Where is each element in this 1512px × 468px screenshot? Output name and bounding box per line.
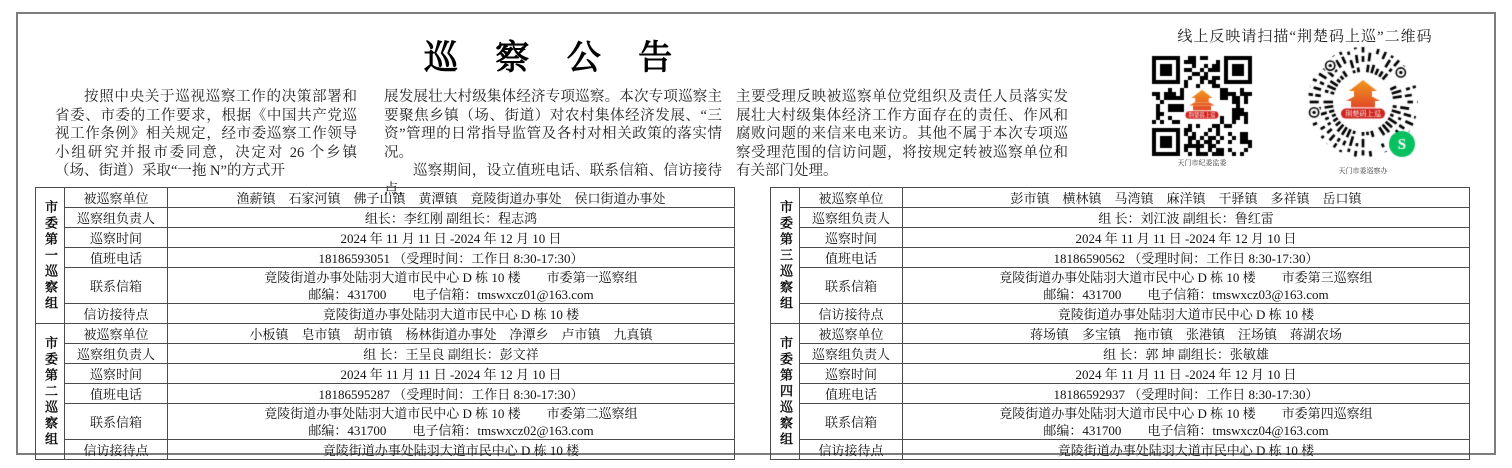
row-label: 巡察时间 bbox=[65, 364, 168, 384]
table-row: 值班电话 18186595287 （受理时间：工作日 8:30-17:30） bbox=[36, 384, 735, 404]
qr-block-miniprogram: 天门市委巡察办 bbox=[1300, 44, 1426, 175]
row-label: 被巡察单位 bbox=[800, 188, 903, 208]
table-row: 信访接待点 竟陵街道办事处陆羽大道市民中心 D 栋 10 楼 bbox=[36, 440, 735, 460]
qr-left-caption: 天门市纪委监委 bbox=[1148, 159, 1256, 167]
group-org-label: 市委第四巡察组 bbox=[775, 336, 795, 448]
mailbox-value: 竟陵街道办事处陆羽大道市民中心 D 栋 10 楼 市委第一巡察组 邮编：4317… bbox=[168, 268, 735, 304]
miniprogram-code-image bbox=[1302, 44, 1424, 166]
group-org-label: 市委第一巡察组 bbox=[40, 200, 60, 312]
leaders-value: 组 长：刘江波 副组长：鲁红雷 bbox=[903, 208, 1470, 228]
table-row: 联系信箱 竟陵街道办事处陆羽大道市民中心 D 栋 10 楼 市委第一巡察组 邮编… bbox=[36, 268, 735, 304]
intro-paragraph: 按照中央关于巡视巡察工作的决策部署和省委、市委的工作要求，根据《中国共产党巡视工… bbox=[55, 88, 357, 181]
group-org-cell: 市委第二巡察组 bbox=[36, 324, 65, 460]
phone-value: 18186595287 （受理时间：工作日 8:30-17:30） bbox=[168, 384, 735, 404]
mailbox-line-1: 竟陵街道办事处陆羽大道市民中心 D 栋 10 楼 市委第四巡察组 bbox=[906, 405, 1466, 422]
table-row: 巡察组负责人 组 长：郭 坤 副组长：张敏雄 bbox=[771, 344, 1470, 364]
visit-value: 竟陵街道办事处陆羽大道市民中心 D 栋 10 楼 bbox=[168, 440, 735, 460]
table-row: 巡察组负责人 组 长：王呈良 副组长：彭文祥 bbox=[36, 344, 735, 364]
mailbox-value: 竟陵街道办事处陆羽大道市民中心 D 栋 10 楼 市委第四巡察组 邮编：4317… bbox=[903, 404, 1470, 440]
table-row: 联系信箱 竟陵街道办事处陆羽大道市民中心 D 栋 10 楼 市委第二巡察组 邮编… bbox=[36, 404, 735, 440]
qr-scan-heading: 线上反映请扫描“荆楚码上巡”二维码 bbox=[1130, 25, 1480, 46]
time-value: 2024 年 11 月 11 日 -2024 年 12 月 10 日 bbox=[903, 364, 1470, 384]
row-label: 信访接待点 bbox=[65, 440, 168, 460]
row-label: 被巡察单位 bbox=[65, 188, 168, 208]
table-row: 巡察时间 2024 年 11 月 11 日 -2024 年 12 月 10 日 bbox=[771, 364, 1470, 384]
table-row: 值班电话 18186593051 （受理时间：工作日 8:30-17:30） bbox=[36, 248, 735, 268]
row-label: 巡察组负责人 bbox=[65, 208, 168, 228]
time-value: 2024 年 11 月 11 日 -2024 年 12 月 10 日 bbox=[903, 228, 1470, 248]
intro-paragraph: 主要受理反映被巡察单位党组织及责任人员落实发展壮大村级集体经济工作方面存在的责任… bbox=[736, 88, 1068, 181]
mailbox-line-1: 竟陵街道办事处陆羽大道市民中心 D 栋 10 楼 市委第二巡察组 bbox=[171, 405, 731, 422]
row-label: 巡察时间 bbox=[65, 228, 168, 248]
table-row: 信访接待点 竟陵街道办事处陆羽大道市民中心 D 栋 10 楼 bbox=[771, 440, 1470, 460]
mailbox-line-2: 邮编：431700 电子信箱：tmswxcz01@163.com bbox=[171, 286, 731, 303]
row-label: 值班电话 bbox=[800, 248, 903, 268]
units-value: 渔薪镇 石家河镇 佛子山镇 黄潭镇 竟陵街道办事处 侯口街道办事处 bbox=[168, 188, 735, 208]
table-row: 巡察组负责人 组长：李红刚 副组长：程志鸿 bbox=[36, 208, 735, 228]
mailbox-line-1: 竟陵街道办事处陆羽大道市民中心 D 栋 10 楼 市委第三巡察组 bbox=[906, 269, 1466, 286]
visit-value: 竟陵街道办事处陆羽大道市民中心 D 栋 10 楼 bbox=[903, 304, 1470, 324]
row-label: 值班电话 bbox=[800, 384, 903, 404]
intro-paragraph: 展发展壮大村级集体经济专项巡察。本次专项巡察主要聚焦乡镇（场、街道）对农村集体经… bbox=[384, 88, 722, 162]
time-value: 2024 年 11 月 11 日 -2024 年 12 月 10 日 bbox=[168, 364, 735, 384]
visit-value: 竟陵街道办事处陆羽大道市民中心 D 栋 10 楼 bbox=[903, 440, 1470, 460]
time-value: 2024 年 11 月 11 日 -2024 年 12 月 10 日 bbox=[168, 228, 735, 248]
group-org-cell: 市委第四巡察组 bbox=[771, 324, 800, 460]
row-label: 信访接待点 bbox=[800, 304, 903, 324]
row-label: 信访接待点 bbox=[65, 304, 168, 324]
table-row: 巡察组负责人 组 长：刘江波 副组长：鲁红雷 bbox=[771, 208, 1470, 228]
intro-column-1: 按照中央关于巡视巡察工作的决策部署和省委、市委的工作要求，根据《中国共产党巡视工… bbox=[55, 88, 357, 181]
row-label: 联系信箱 bbox=[65, 404, 168, 440]
row-label: 巡察组负责人 bbox=[65, 344, 168, 364]
qr-code-image bbox=[1150, 54, 1254, 158]
table-row: 市委第一巡察组 被巡察单位 渔薪镇 石家河镇 佛子山镇 黄潭镇 竟陵街道办事处 … bbox=[36, 188, 735, 208]
row-label: 联系信箱 bbox=[800, 268, 903, 304]
row-label: 值班电话 bbox=[65, 248, 168, 268]
table-row: 巡察时间 2024 年 11 月 11 日 -2024 年 12 月 10 日 bbox=[771, 228, 1470, 248]
group-org-cell: 市委第三巡察组 bbox=[771, 188, 800, 324]
intro-column-2: 展发展壮大村级集体经济专项巡察。本次专项巡察主要聚焦乡镇（场、街道）对农村集体经… bbox=[384, 88, 722, 200]
table-row: 市委第四巡察组 被巡察单位 蒋场镇 多宝镇 拖市镇 张港镇 汪场镇 蒋湖农场 bbox=[771, 324, 1470, 344]
mailbox-line-2: 邮编：431700 电子信箱：tmswxcz04@163.com bbox=[906, 422, 1466, 439]
table-row: 信访接待点 竟陵街道办事处陆羽大道市民中心 D 栋 10 楼 bbox=[771, 304, 1470, 324]
visit-value: 竟陵街道办事处陆羽大道市民中心 D 栋 10 楼 bbox=[168, 304, 735, 324]
row-label: 联系信箱 bbox=[800, 404, 903, 440]
table-row: 巡察时间 2024 年 11 月 11 日 -2024 年 12 月 10 日 bbox=[36, 364, 735, 384]
table-row: 信访接待点 竟陵街道办事处陆羽大道市民中心 D 栋 10 楼 bbox=[36, 304, 735, 324]
phone-value: 18186592937 （受理时间：工作日 8:30-17:30） bbox=[903, 384, 1470, 404]
units-value: 蒋场镇 多宝镇 拖市镇 张港镇 汪场镇 蒋湖农场 bbox=[903, 324, 1470, 344]
inspection-table-right: 市委第三巡察组 被巡察单位 彭市镇 横林镇 马湾镇 麻洋镇 干驿镇 多祥镇 岳口… bbox=[770, 187, 1470, 460]
row-label: 被巡察单位 bbox=[65, 324, 168, 344]
row-label: 被巡察单位 bbox=[800, 324, 903, 344]
table-row: 巡察时间 2024 年 11 月 11 日 -2024 年 12 月 10 日 bbox=[36, 228, 735, 248]
mailbox-line-2: 邮编：431700 电子信箱：tmswxcz02@163.com bbox=[171, 422, 731, 439]
leaders-value: 组长：李红刚 副组长：程志鸿 bbox=[168, 208, 735, 228]
mailbox-line-2: 邮编：431700 电子信箱：tmswxcz03@163.com bbox=[906, 286, 1466, 303]
inspection-table-left: 市委第一巡察组 被巡察单位 渔薪镇 石家河镇 佛子山镇 黄潭镇 竟陵街道办事处 … bbox=[35, 187, 735, 460]
row-label: 值班电话 bbox=[65, 384, 168, 404]
row-label: 巡察时间 bbox=[800, 364, 903, 384]
group-org-label: 市委第三巡察组 bbox=[775, 200, 795, 312]
table-row: 市委第二巡察组 被巡察单位 小板镇 皂市镇 胡市镇 杨林街道办事处 净潭乡 卢市… bbox=[36, 324, 735, 344]
group-org-cell: 市委第一巡察组 bbox=[36, 188, 65, 324]
row-label: 巡察组负责人 bbox=[800, 344, 903, 364]
row-label: 联系信箱 bbox=[65, 268, 168, 304]
phone-value: 18186590562 （受理时间：工作日 8:30-17:30） bbox=[903, 248, 1470, 268]
phone-value: 18186593051 （受理时间：工作日 8:30-17:30） bbox=[168, 248, 735, 268]
table-row: 值班电话 18186592937 （受理时间：工作日 8:30-17:30） bbox=[771, 384, 1470, 404]
units-value: 彭市镇 横林镇 马湾镇 麻洋镇 干驿镇 多祥镇 岳口镇 bbox=[903, 188, 1470, 208]
qr-right-caption: 天门市委巡察办 bbox=[1300, 167, 1426, 175]
mailbox-value: 竟陵街道办事处陆羽大道市民中心 D 栋 10 楼 市委第二巡察组 邮编：4317… bbox=[168, 404, 735, 440]
table-row: 联系信箱 竟陵街道办事处陆羽大道市民中心 D 栋 10 楼 市委第四巡察组 邮编… bbox=[771, 404, 1470, 440]
leaders-value: 组 长：郭 坤 副组长：张敏雄 bbox=[903, 344, 1470, 364]
table-row: 市委第三巡察组 被巡察单位 彭市镇 横林镇 马湾镇 麻洋镇 干驿镇 多祥镇 岳口… bbox=[771, 188, 1470, 208]
table-row: 值班电话 18186590562 （受理时间：工作日 8:30-17:30） bbox=[771, 248, 1470, 268]
page-title: 巡 察 公 告 bbox=[210, 30, 900, 79]
row-label: 信访接待点 bbox=[800, 440, 903, 460]
mailbox-line-1: 竟陵街道办事处陆羽大道市民中心 D 栋 10 楼 市委第一巡察组 bbox=[171, 269, 731, 286]
group-org-label: 市委第二巡察组 bbox=[40, 336, 60, 448]
units-value: 小板镇 皂市镇 胡市镇 杨林街道办事处 净潭乡 卢市镇 九真镇 bbox=[168, 324, 735, 344]
row-label: 巡察时间 bbox=[800, 228, 903, 248]
mailbox-value: 竟陵街道办事处陆羽大道市民中心 D 栋 10 楼 市委第三巡察组 邮编：4317… bbox=[903, 268, 1470, 304]
row-label: 巡察组负责人 bbox=[800, 208, 903, 228]
leaders-value: 组 长：王呈良 副组长：彭文祥 bbox=[168, 344, 735, 364]
table-row: 联系信箱 竟陵街道办事处陆羽大道市民中心 D 栋 10 楼 市委第三巡察组 邮编… bbox=[771, 268, 1470, 304]
intro-column-3: 主要受理反映被巡察单位党组织及责任人员落实发展壮大村级集体经济工作方面存在的责任… bbox=[736, 88, 1068, 181]
qr-block-standard: 天门市纪委监委 bbox=[1148, 54, 1256, 167]
